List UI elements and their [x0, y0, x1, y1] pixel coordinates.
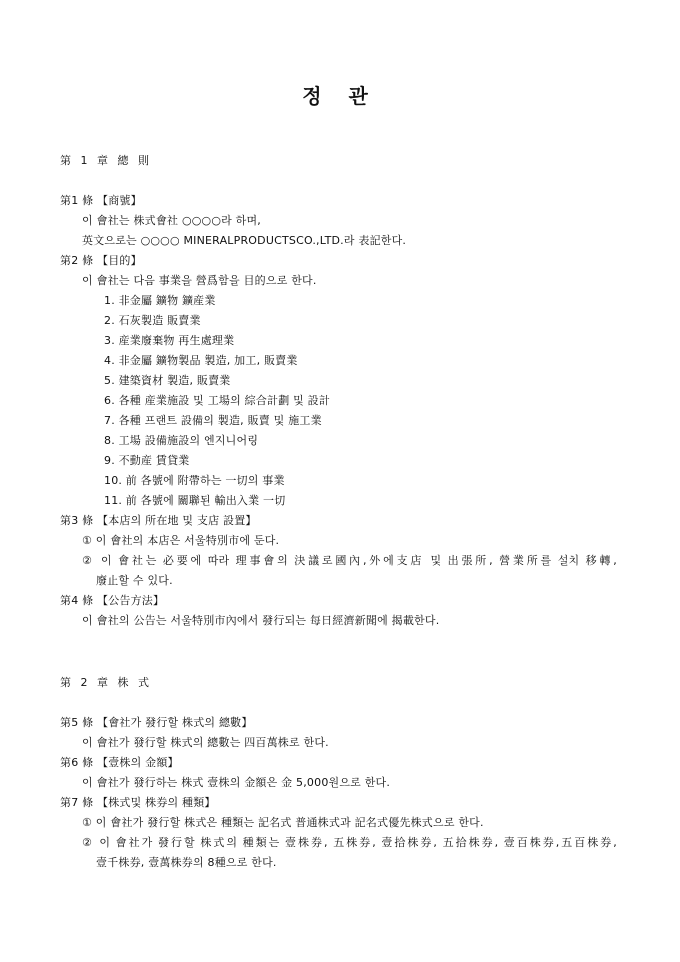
article-5-heading: 第5 條 【會社가 發行할 株式의 總數】	[60, 716, 253, 730]
article-5-line: 이 會社가 發行할 株式의 總數는 四百萬株로 한다.	[82, 736, 329, 750]
article-7-line: 壹千株券, 壹萬株券의 8種으로 한다.	[96, 856, 277, 870]
article-6-line: 이 會社가 發行하는 株式 壹株의 金額은 金 5,000원으로 한다.	[82, 776, 390, 790]
list-item: 11. 前 各號에 關聯된 輸出入業 一切	[104, 494, 285, 508]
list-item: 8. 工場 設備施設의 엔지니어링	[104, 434, 258, 448]
article-2-line: 이 會社는 다음 事業을 營爲함을 目的으로 한다.	[82, 274, 317, 288]
list-item: 3. 産業廢棄物 再生處理業	[104, 334, 234, 348]
list-item: 9. 不動産 賃貸業	[104, 454, 190, 468]
list-item: 4. 非金屬 鑛物製品 製造, 加工, 販賣業	[104, 354, 298, 368]
list-item: 2. 石灰製造 販賣業	[104, 314, 201, 328]
article-3-line: 廢止할 수 있다.	[96, 574, 173, 588]
chapter-1-heading: 第 1 章 總 則	[60, 154, 152, 168]
article-1-line: 이 會社는 株式會社 ○○○○라 하며,	[82, 214, 261, 228]
article-7-line: ① 이 會社가 發行할 株式은 種類는 記名式 普通株式과 記名式優先株式으로 …	[82, 816, 484, 830]
article-3-line: ① 이 會社의 本店은 서울特別市에 둔다.	[82, 534, 279, 548]
list-item: 5. 建築資材 製造, 販賣業	[104, 374, 230, 388]
list-item: 10. 前 各號에 附帶하는 一切의 事業	[104, 474, 285, 488]
article-6-heading: 第6 條 【壹株의 金額】	[60, 756, 179, 770]
article-3-heading: 第3 條 【本店의 所在地 및 支店 設置】	[60, 514, 257, 528]
article-4-heading: 第4 條 【公告方法】	[60, 594, 164, 608]
chapter-2-heading: 第 2 章 株 式	[60, 676, 152, 690]
article-4-line: 이 會社의 公告는 서울特別市內에서 發行되는 每日經濟新聞에 揭載한다.	[82, 614, 439, 628]
list-item: 1. 非金屬 鑛物 鑛産業	[104, 294, 216, 308]
article-3-line: ② 이 會社는 必要에 따라 理事會의 決議로國內,外에支店 및 出張所, 營業…	[82, 554, 617, 568]
article-7-line: ② 이 會社가 發行할 株式의 種類는 壹株券, 五株券, 壹拾株券, 五拾株券…	[82, 836, 617, 850]
article-1-heading: 第1 條 【商號】	[60, 194, 142, 208]
article-2-heading: 第2 條 【目的】	[60, 254, 142, 268]
list-item: 6. 各種 産業施設 및 工場의 綜合計劃 및 設計	[104, 394, 330, 408]
list-item: 7. 各種 프랜트 設備의 製造, 販賣 및 施工業	[104, 414, 322, 428]
article-7-heading: 第7 條 【株式및 株券의 種類】	[60, 796, 216, 810]
document-title: 정 관	[0, 80, 680, 109]
article-1-line: 英文으로는 ○○○○ MINERALPRODUCTSCO.,LTD.라 表記한다…	[82, 234, 406, 248]
